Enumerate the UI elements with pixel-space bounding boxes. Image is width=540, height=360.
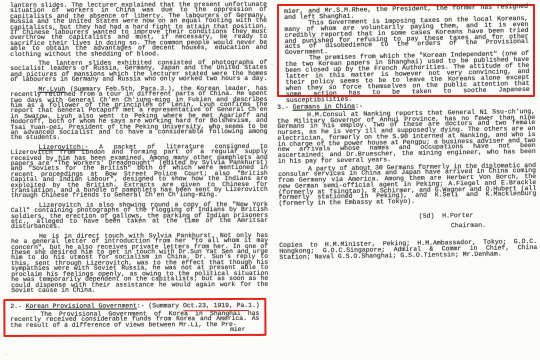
scan-speck: . — [4, 350, 8, 358]
paragraph: H.M.Consul at Nanking reports that Gener… — [277, 109, 536, 165]
red-annotation-box-korean-taxes: mier, and Mr.S.M.Rhee, the President, th… — [277, 4, 535, 97]
right-column: mier, and Mr.S.M.Rhee, the President, th… — [277, 4, 535, 261]
scan-speck: . — [270, 60, 274, 68]
paragraph-text: The lantern slides exhibited consisted o… — [10, 59, 267, 83]
scanned-document-page: lantern slides. The lecturer explained t… — [0, 0, 540, 360]
paragraph: Lizerovitch is also showing round a copy… — [11, 202, 268, 230]
paragraph-text: (Summary Feb.5th, Para.3.), the Korean l… — [10, 85, 267, 142]
summary-ref-prefix: (Summary — [148, 303, 183, 310]
paragraph-lizerovitch: Lizerovitch:- A packet of literature con… — [11, 144, 268, 199]
summary-ref-suffix: 1.) — [248, 302, 260, 309]
paragraph-text: A packet of literature consigned to Lize… — [11, 143, 268, 200]
section-title-suffix: :- — [137, 303, 149, 310]
paragraph: A party of about 30 Germans formerly in … — [278, 162, 537, 206]
paragraph: The lantern slides exhibited consisted o… — [10, 60, 267, 83]
distribution-list: Copies to H.M.Minister, Peking; H.M.Amba… — [279, 239, 537, 260]
paragraph: The premises from which the "Korean Inde… — [285, 51, 530, 103]
section-title: Korean Provisional Government — [26, 303, 137, 310]
boxed-text: mier, and Mr.S.M.Rhee, the President, th… — [284, 4, 530, 104]
signatory-title: Chairman. — [279, 221, 537, 231]
paragraph-text: He is in direct touch with Sylvia Pankhu… — [11, 232, 268, 294]
paragraph: lantern slides. The lecturer explained t… — [10, 2, 267, 57]
signature-line: (Sd) H.Porter — [279, 212, 537, 222]
paragraph-text: lantern slides. The lecturer explained t… — [10, 1, 267, 58]
right-column-lower: 3.- Germans in China:- H.M.Consul at Nan… — [277, 101, 537, 261]
section-2-heading: 2.- Korean Provisional Government:- (Sum… — [10, 303, 259, 309]
section-2-body: The Provisional Government of Korea in S… — [10, 311, 259, 328]
left-column: lantern slides. The lecturer explained t… — [10, 2, 268, 337]
signatory-name: H.Porter — [442, 212, 473, 219]
paragraph-text: Lizerovitch is also showing round a copy… — [11, 201, 268, 231]
section-number: 3.- — [277, 104, 289, 111]
section-title: Germans in China — [293, 103, 356, 111]
red-annotation-box-korean-provisional-government: 2.- Korean Provisional Government:- (Sum… — [3, 298, 266, 337]
paragraph-mr-lyuh: Mr.Lyuh (Summary Feb.5th, Para.3.), the … — [10, 86, 267, 141]
section-title-suffix: :- — [355, 103, 363, 110]
scan-speck: , — [532, 176, 540, 182]
signed-abbreviation: (Sd) — [419, 212, 435, 219]
paragraph: He is in direct touch with Sylvia Pankhu… — [11, 233, 268, 294]
signature-block: (Sd) H.Porter Chairman. — [279, 212, 537, 232]
section-number: 2.- — [10, 303, 22, 310]
